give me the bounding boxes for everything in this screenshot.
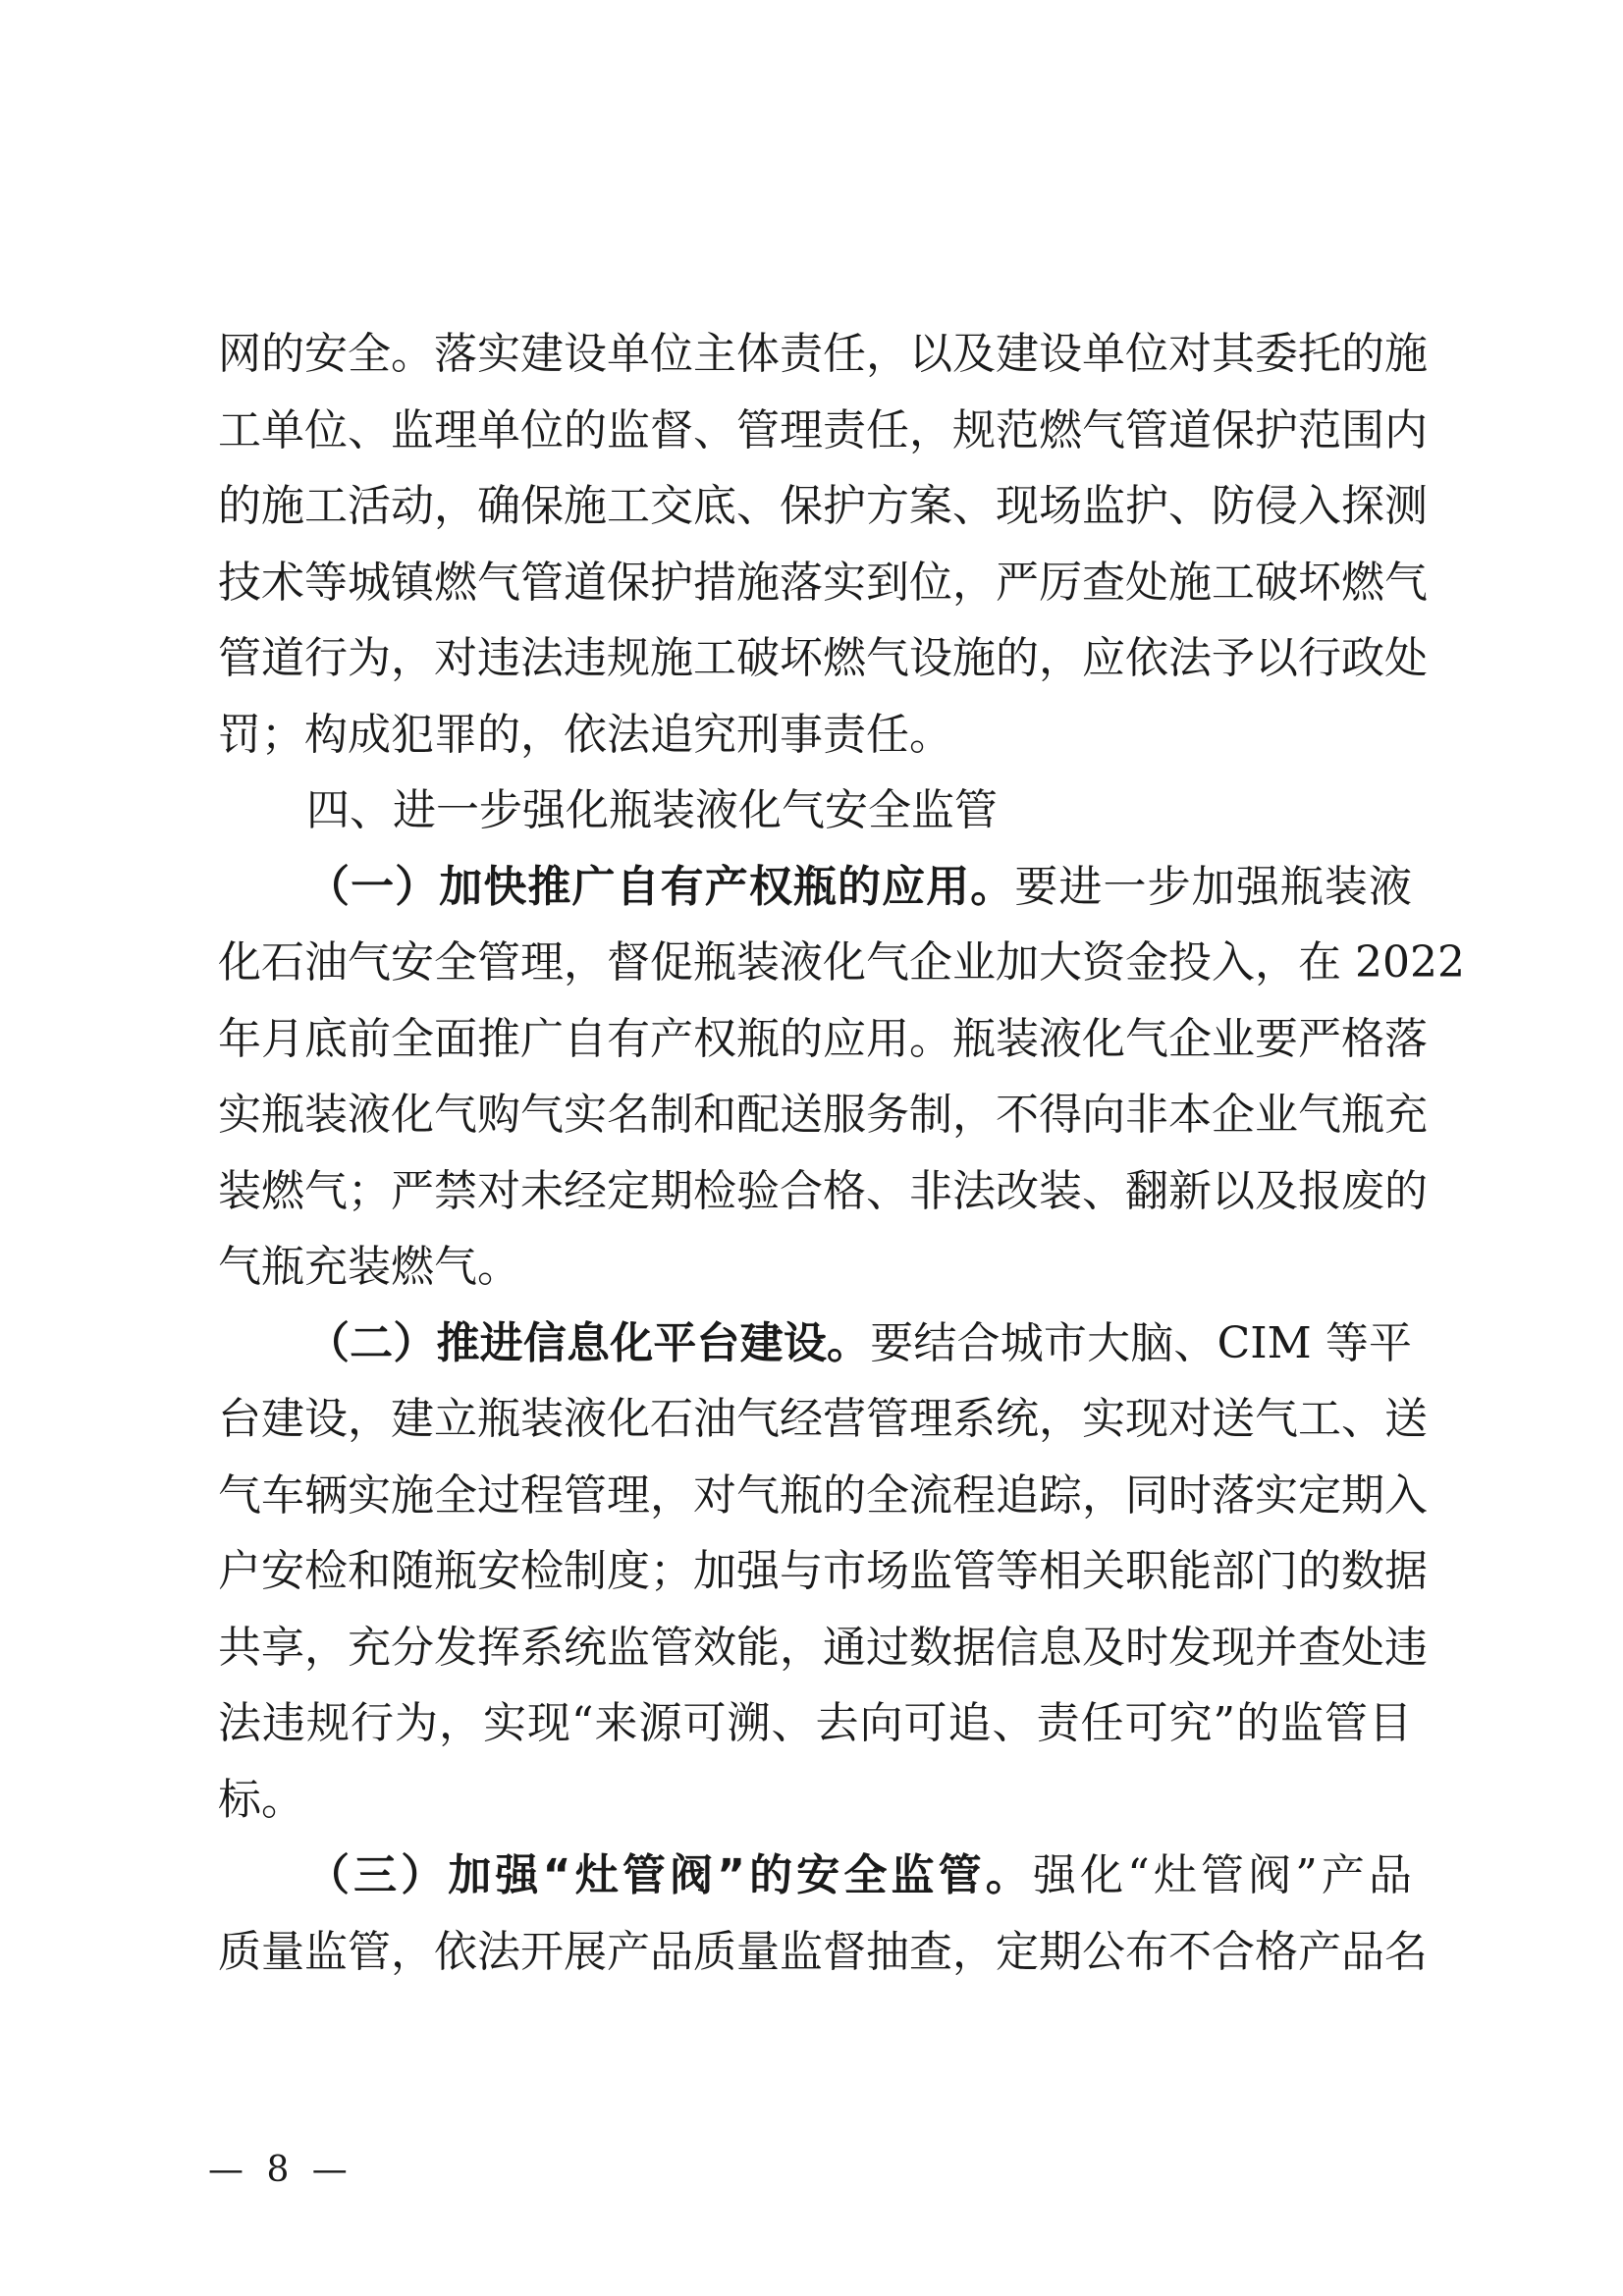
text-line: 法违规行为，实现“来源可溯、去向可追、责任可究”的监管目 — [218, 1685, 1412, 1762]
text-line: 质量监管，依法开展产品质量监督抽查，定期公布不合格产品名 — [218, 1914, 1412, 1991]
subsection-heading: （三）加强“灶管阀”的安全监管。 — [306, 1850, 1033, 1900]
text-line: 管道行为，对违法违规施工破坏燃气设施的，应依法予以行政处 — [218, 620, 1412, 697]
text-line: 网的安全。落实建设单位主体责任，以及建设单位对其委托的施 — [218, 316, 1412, 393]
text-line: 年月底前全面推广自有产权瓶的应用。瓶装液化气企业要严格落 — [218, 1001, 1412, 1078]
subsection-heading: （一）加快推广自有产权瓶的应用。 — [306, 862, 1014, 912]
text-line: 化石油气安全管理，督促瓶装液化气企业加大资金投入，在 2022 — [218, 925, 1412, 1001]
subsection-first-line: （三）加强“灶管阀”的安全监管。强化“灶管阀”产品 — [218, 1838, 1412, 1914]
page-number: — 8 — — [208, 2150, 353, 2190]
text-line: 装燃气；严禁对未经定期检验合格、非法改装、翻新以及报废的 — [218, 1153, 1412, 1230]
text-line: 气车辆实施全过程管理，对气瓶的全流程追踪，同时落实定期入 — [218, 1458, 1412, 1534]
text-line: 共享，充分发挥系统监管效能，通过数据信息及时发现并查处违 — [218, 1610, 1412, 1686]
text-line: 气瓶充装燃气。 — [218, 1229, 1412, 1306]
subsection-first-line: （二）推进信息化平台建设。要结合城市大脑、CIM 等平 — [218, 1306, 1412, 1382]
text-line: 工单位、监理单位的监督、管理责任，规范燃气管道保护范围内 — [218, 393, 1412, 469]
section-heading: 四、进一步强化瓶装液化气安全监管 — [218, 773, 1412, 849]
subsection-first-line: （一）加快推广自有产权瓶的应用。要进一步加强瓶装液 — [218, 849, 1412, 926]
text-line: 台建设，建立瓶装液化石油气经营管理系统，实现对送气工、送 — [218, 1381, 1412, 1458]
subsection-heading: （二）推进信息化平台建设。 — [306, 1318, 870, 1368]
subsection-text: 强化“灶管阀”产品 — [1033, 1850, 1412, 1900]
text-line: 户安检和随瓶安检制度；加强与市场监管等相关职能部门的数据 — [218, 1533, 1412, 1610]
subsection-text: 要进一步加强瓶装液 — [1014, 862, 1412, 912]
document-page: 网的安全。落实建设单位主体责任，以及建设单位对其委托的施 工单位、监理单位的监督… — [0, 0, 1623, 2296]
text-line: 的施工活动，确保施工交底、保护方案、现场监护、防侵入探测 — [218, 468, 1412, 545]
subsection-text: 要结合城市大脑、CIM 等平 — [870, 1318, 1412, 1368]
text-line: 标。 — [218, 1762, 1412, 1839]
text-line: 实瓶装液化气购气实名制和配送服务制，不得向非本企业气瓶充 — [218, 1077, 1412, 1153]
document-body: 网的安全。落实建设单位主体责任，以及建设单位对其委托的施 工单位、监理单位的监督… — [218, 316, 1412, 1990]
text-line: 技术等城镇燃气管道保护措施落实到位，严厉查处施工破坏燃气 — [218, 545, 1412, 621]
text-line: 罚；构成犯罪的，依法追究刑事责任。 — [218, 697, 1412, 774]
